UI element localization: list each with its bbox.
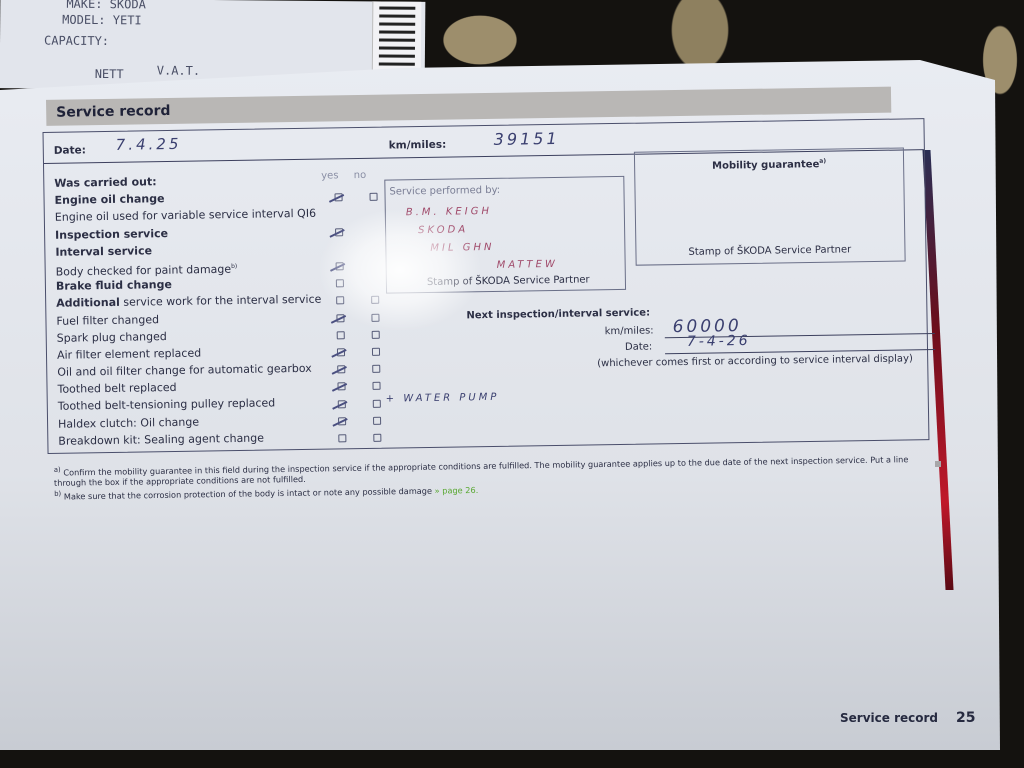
page-26-link[interactable]: » page 26. [435,485,479,496]
next-km-label: km/miles: [605,325,654,337]
mobility-guarantee-box: Mobility guaranteea) Stamp of ŠKODA Serv… [634,147,906,265]
no-checkbox[interactable] [372,382,380,390]
no-checkbox[interactable] [373,399,381,407]
receipt-make: MAKE: SKODA [66,0,146,11]
footnote-a-mark: a) [54,466,61,474]
receipt-vat: V.A.T. [157,64,200,78]
service-performed-label: Service performed by: [385,177,623,204]
handwritten-line: MATTEW [497,256,558,275]
mobility-title-text: Mobility guarantee [712,159,819,172]
no-label: no [354,170,367,181]
mobility-stamp-label: Stamp of ŠKODA Service Partner [688,244,851,258]
yes-checkbox[interactable] [337,331,345,339]
footer-title: Service record [840,711,938,725]
handwritten-note: + WATER PUMP [386,391,500,404]
service-record-form: Service record Date: 7.4.25 km/miles: 39… [42,86,937,454]
no-checkbox[interactable] [372,348,380,356]
no-checkbox[interactable] [373,417,381,425]
mobility-superscript: a) [819,158,826,165]
receipt-nett: NETT [95,67,124,81]
yes-no-header: yes no [321,170,366,182]
mobility-title: Mobility guaranteea) [635,148,903,173]
next-service-note: (whichever comes first or according to s… [597,353,913,369]
yes-label: yes [321,170,338,181]
mileage-value[interactable]: 39151 [494,128,584,148]
no-checkbox[interactable] [370,193,378,201]
footnote-ref: b) [231,263,237,270]
light-glare [320,210,480,330]
receipt-model: MODEL: YETI [62,13,142,28]
record-box: Date: 7.4.25 km/miles: 39151 yes no Was … [43,118,930,454]
page-footer: Service record25 [840,710,975,726]
page-number: 25 [956,710,975,726]
date-label: Date: [54,144,86,157]
section-title: Service record [46,103,171,121]
no-checkbox[interactable] [372,331,380,339]
receipt-capacity: CAPACITY: [44,34,109,49]
checklist-item: Breakdown kit: Sealing agent change [58,428,323,449]
footnote-b-mark: b) [54,489,61,497]
next-date-label: Date: [625,341,652,352]
date-row: Date: 7.4.25 km/miles: 39151 [54,144,86,157]
no-checkbox[interactable] [372,365,380,373]
checklist: Was carried out:Engine oil changeEngine … [54,171,323,450]
item-label-bold: Additional [56,296,120,310]
date-value[interactable]: 7.4.25 [116,134,206,153]
next-date-value[interactable]: 7-4-26 [687,333,751,350]
next-service-section: Next inspection/interval service: km/mil… [466,303,916,321]
yes-checkbox[interactable] [338,434,346,442]
no-checkbox[interactable] [373,434,381,442]
mileage-label: km/miles: [389,139,447,152]
page-marker [935,461,941,467]
